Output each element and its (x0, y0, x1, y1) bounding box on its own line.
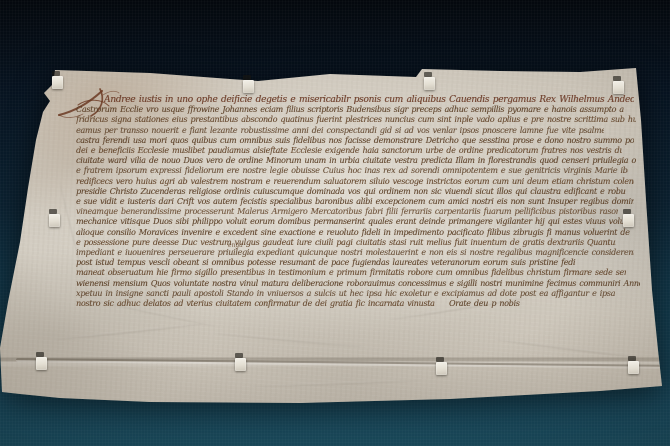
manuscript-line: eamus per transso nouerit e fiant lezant… (76, 126, 604, 137)
clip-slot-shadow (52, 71, 60, 76)
mounting-clip (613, 81, 624, 94)
crease-line (589, 151, 600, 261)
manuscript-line: castra ferendi usa mori quos quibus cum … (76, 136, 634, 147)
crease-line (390, 296, 529, 321)
clip-slot-shadow (628, 356, 636, 361)
interlinear-insertion: enga (228, 243, 243, 249)
parchment-sheet: Andree iustis in uno ophe deificie deget… (0, 0, 670, 446)
mounting-clip (424, 77, 435, 90)
mounting-clip (243, 80, 254, 93)
mounting-clip (52, 76, 63, 89)
clip-slot-shadow (424, 72, 432, 77)
crease-line (429, 121, 463, 207)
plica-fold-crease (16, 358, 660, 369)
clip-slot-shadow (235, 353, 243, 358)
manuscript-line: ciuitate ward vilia de nouo Duos vero de… (76, 156, 636, 167)
mounting-clip (36, 357, 47, 370)
manuscript-line: impediant e iuouenires perseuerare priui… (76, 248, 634, 259)
crease-line (100, 300, 218, 328)
manuscript-line: e possessione pure deesse Duc vestrum vu… (76, 238, 616, 249)
manuscript-line: post istud tempus vescli obeant si omnib… (76, 258, 576, 269)
flourished-initial-icon (56, 86, 120, 122)
manuscript-line: xpetuu in insigne sancti pauli apostoli … (76, 289, 617, 300)
mounting-clip (436, 362, 447, 375)
manuscript-line: e fratrem ipsorum expressi fideliorum er… (76, 166, 628, 177)
museum-display-photo: Andree iustis in uno ophe deificie deget… (0, 0, 670, 446)
parchment-document: Andree iustis in uno ophe deificie deget… (0, 0, 670, 446)
clip-slot-shadow (36, 352, 44, 357)
clip-slot-shadow (243, 75, 251, 80)
manuscript-line: redificecs vero huius agri ab valestrem … (76, 177, 634, 188)
crease-line (55, 322, 204, 341)
mounting-clip (623, 214, 634, 227)
manuscript-line: dei e beneficiis Ecclesie muslibet paudi… (76, 146, 622, 157)
crease-line (495, 338, 644, 359)
manuscript-line: maneat obseruatum hie firmo sigillo pres… (76, 268, 626, 279)
manuscript-line: nostro sic adhuc delatos ad vterius ciui… (76, 299, 442, 310)
manuscript-line: mechanice vitisque Duos sibi philippo vo… (76, 217, 634, 228)
mounting-clip (235, 358, 246, 371)
manuscript-line: Castrorum Ecclie vro usque ffrowine Joha… (76, 105, 624, 116)
crease-line (59, 181, 86, 279)
clip-slot-shadow (613, 76, 621, 81)
manuscript-line: vineamque benerandissime processerunt Ma… (76, 207, 618, 218)
closing-phrase: Orate deu p nobis (449, 299, 569, 310)
clip-slot-shadow (49, 209, 57, 214)
manuscript-line: e sue vidit e iusteris dari Crift vos au… (76, 197, 634, 208)
clip-slot-shadow (436, 357, 444, 362)
clip-slot-shadow (623, 209, 631, 214)
manuscript-line: wienensi mensium Quos voluntate nostra v… (76, 279, 640, 290)
manuscript-line-first: Andree iustis in uno ophe deificie deget… (104, 95, 634, 106)
manuscript-line: fridricus signa stationes eius prestanti… (76, 115, 636, 126)
mounting-clip (628, 361, 639, 374)
manuscript-line: presidie Christo Zucenderas religiose or… (76, 187, 626, 198)
mounting-clip (49, 214, 60, 227)
crease-line (215, 332, 365, 348)
crease-line (250, 379, 420, 388)
manuscript-line: alioque consilio Moravices invenire e ex… (76, 228, 630, 239)
